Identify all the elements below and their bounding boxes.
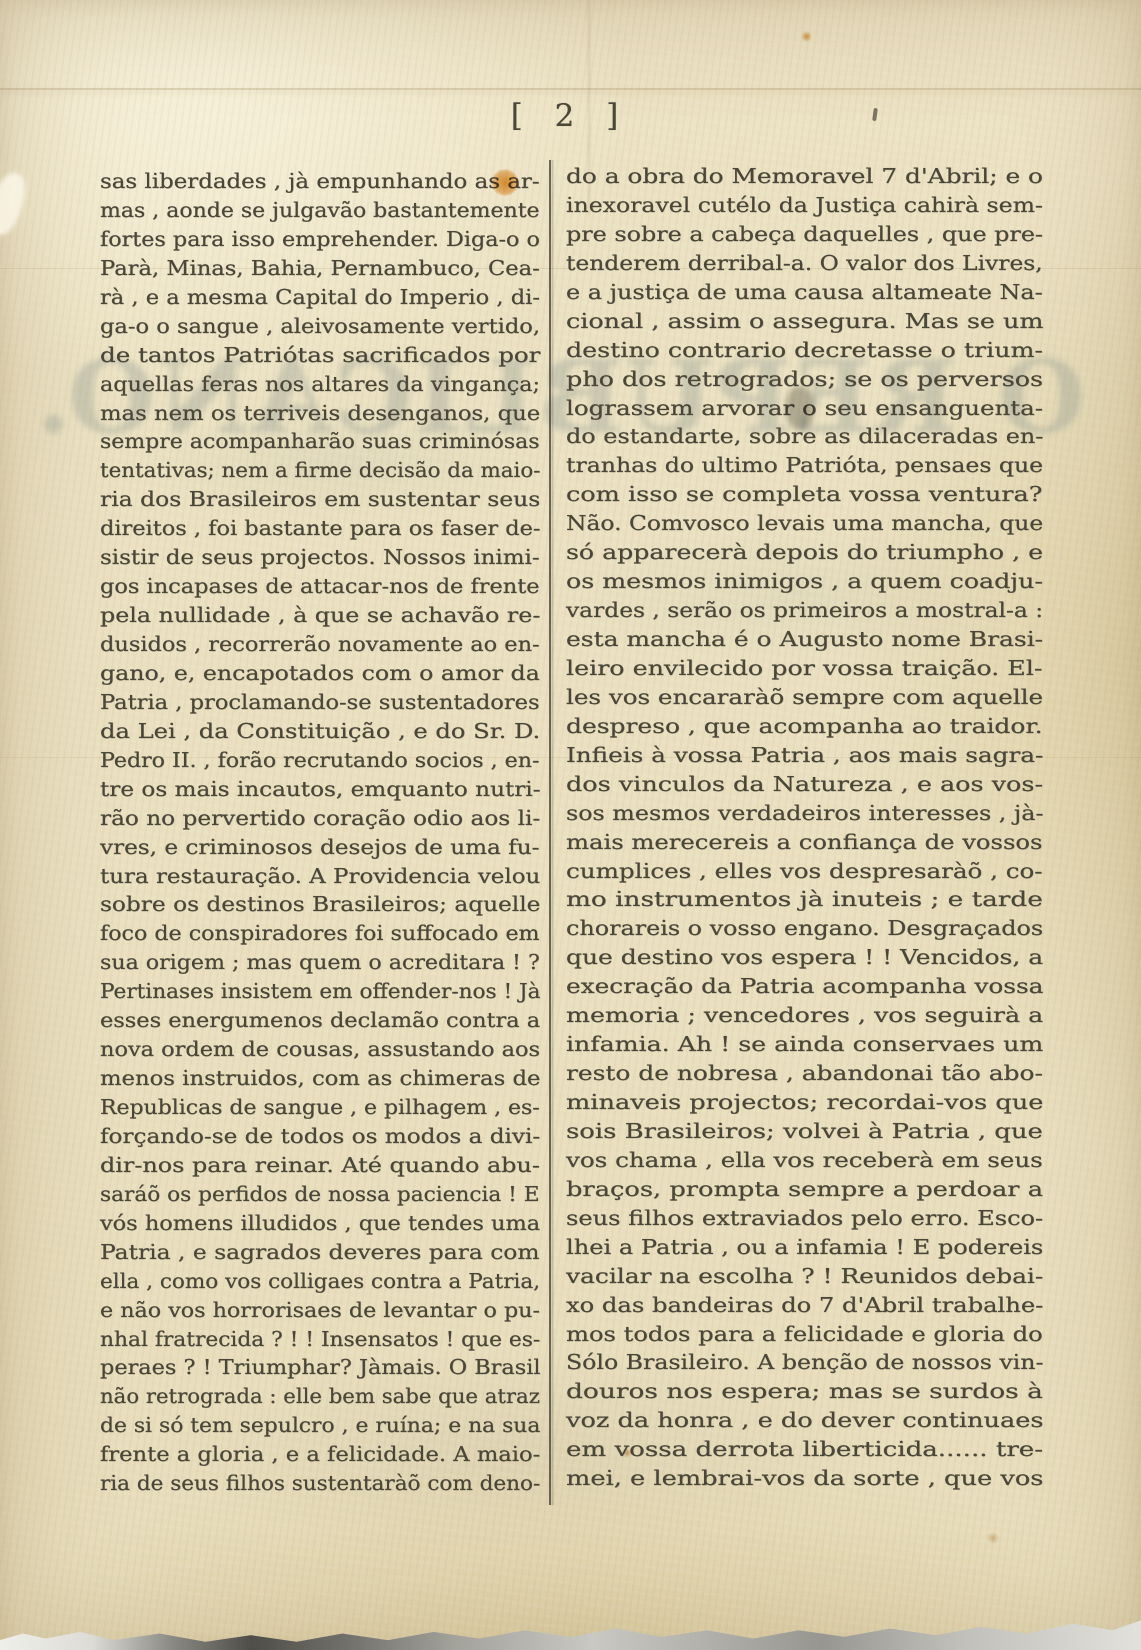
text-line: sobre os destinos Brasileiros; aquelle [100, 890, 540, 919]
text-line: chorareis o vosso engano. Desgraçados [566, 914, 1043, 943]
text-line: seus filhos extraviados pelo erro. Esco- [566, 1204, 1043, 1233]
text-line: aquellas feras nos altares da vingança; [100, 370, 540, 399]
text-line: esses energumenos declamão contra a [100, 1006, 540, 1035]
text-line: peraes ? ! Triumphar? Jàmais. O Brasil [100, 1353, 541, 1382]
text-line: e a justiça de uma causa altameate Na- [566, 278, 1043, 307]
text-line: sas liberdades , jà empunhando as ar- [100, 167, 540, 196]
text-line: em vossa derrota liberticida...... tre- [566, 1435, 1043, 1464]
text-line: rà , e a mesma Capital do Imperio , di- [100, 283, 540, 312]
text-line: despreso , que acompanha ao traidor. [566, 712, 1043, 741]
text-line: do estandarte, sobre as dilaceradas en- [566, 422, 1043, 451]
text-line: Parà, Minas, Bahia, Pernambuco, Cea- [100, 254, 540, 283]
text-line: rão no pervertido coração odio aos li- [100, 804, 540, 833]
text-line: esta mancha é o Augusto nome Brasi- [566, 625, 1043, 654]
text-line: infamia. Ah ! se ainda conservaes um [566, 1030, 1043, 1059]
text-line: xo das bandeiras do 7 d'Abril trabalhe- [566, 1291, 1043, 1320]
text-line: pho dos retrogrados; se os perversos [566, 365, 1043, 394]
text-line: pre sobre a cabeça daquelles , que pre- [566, 220, 1043, 249]
text-line: inexoravel cutélo da Justiça cahirà sem- [566, 191, 1043, 220]
text-line: Republicas de sangue , e pilhagem , es- [100, 1093, 540, 1122]
text-line: tura restauração. A Providencia velou [100, 862, 540, 891]
text-line: mo instrumentos jà inuteis ; e tarde [566, 885, 1043, 914]
text-line: e não vos horrorisaes de levantar o pu- [100, 1296, 540, 1325]
text-line: cumplices , elles vos despresaràõ , co- [566, 857, 1043, 886]
text-line: que destino vos espera ! ! Vencidos, a [566, 943, 1043, 972]
text-line: vos chama , ella vos receberà em seus [566, 1146, 1043, 1175]
text-line: nova ordem de cousas, assustando aos [100, 1035, 540, 1064]
text-line: gano, e, encapotados com o amor da [100, 659, 540, 688]
text-line: minaveis projectos; recordai-vos que [566, 1088, 1043, 1117]
text-line: só apparecerà depois do triumpho , e [566, 538, 1043, 567]
text-line: sistir de seus projectos. Nossos inimi- [100, 543, 540, 572]
text-line: não retrograda : elle bem sabe que atraz [100, 1382, 540, 1411]
text-line: ella , como vos colligaes contra a Patri… [100, 1267, 540, 1296]
text-line: braços, prompta sempre a perdoar a [566, 1175, 1043, 1204]
text-line: dos vinculos da Natureza , e aos vos- [566, 770, 1043, 799]
text-line: foco de conspiradores foi suffocado em [100, 919, 540, 948]
text-line: ria dos Brasileiros em sustentar seus [100, 485, 540, 514]
text-line: memoria ; vencedores , vos seguirà a [566, 1001, 1043, 1030]
text-line: dusidos , recorrerão novamente ao en- [100, 630, 540, 659]
text-line: com isso se completa vossa ventura? [566, 480, 1042, 509]
text-line: leiro envilecido por vossa traição. El- [566, 654, 1042, 683]
text-line: sempre acompanharão suas criminósas [100, 427, 540, 456]
text-line: sos mesmos verdadeiros interesses , jà- [566, 799, 1044, 828]
text-line: Patria , proclamando-se sustentadores [100, 688, 540, 717]
text-line: lhei a Patria , ou a infamia ! E poderei… [566, 1233, 1043, 1262]
text-line: frente a gloria , e a felicidade. A maio… [100, 1440, 540, 1469]
text-line: mos todos para a felicidade e gloria do [566, 1320, 1043, 1349]
left-text-column: sas liberdades , jà empunhando as ar-mas… [100, 167, 540, 1498]
text-line: tranhas do ultimo Patrióta, pensaes que [566, 451, 1043, 480]
text-line: sua origem ; mas quem o acreditara ! ? [100, 948, 540, 977]
text-line: vardes , serão os primeiros a mostral-a … [566, 596, 1043, 625]
page-number: [ 2 ] [465, 98, 675, 134]
text-line: de si só tem sepulcro , e ruína; e na su… [100, 1411, 540, 1440]
text-line: menos instruidos, com as chimeras de [100, 1064, 540, 1093]
text-line: de tantos Patriótas sacrificados por [100, 341, 540, 370]
text-line: vres, e criminosos desejos de uma fu- [100, 833, 539, 862]
text-line: os mesmos inimigos , a quem coadju- [566, 567, 1043, 596]
text-line: Patria , e sagrados deveres para com [100, 1238, 540, 1267]
text-line: mais merecereis a confiança de vossos [566, 828, 1043, 857]
text-line: resto de nobresa , abandonai tão abo- [566, 1059, 1043, 1088]
text-line: execração da Patria acompanha vossa [566, 972, 1043, 1001]
text-line: mas nem os terriveis desenganos, que [100, 399, 540, 428]
text-line: Não. Comvosco levais uma mancha, que [566, 509, 1043, 538]
text-line: Sólo Brasileiro. A benção de nossos vin- [566, 1348, 1043, 1377]
text-line: saráõ os perfidos de nossa paciencia ! E [100, 1180, 540, 1209]
text-line: direitos , foi bastante para os faser de… [100, 514, 540, 543]
text-line: gos incapases de attacar-nos de frente [100, 572, 540, 601]
text-line: vacilar na escolha ? ! Reunidos debai- [566, 1262, 1043, 1291]
text-line: Pedro II. , forão recrutando socios , en… [100, 746, 539, 775]
text-line: ga-o o sangue , aleivosamente vertido, [100, 312, 540, 341]
text-line: forçando-se de todos os modos a divi- [100, 1122, 540, 1151]
text-line: voz da honra , e do dever continuaes [566, 1406, 1044, 1435]
text-line: ria de seus filhos sustentaràõ com deno- [100, 1469, 540, 1498]
text-line: Infieis à vossa Patria , aos mais sagra- [566, 741, 1043, 770]
text-line: do a obra do Memoravel 7 d'Abril; e o [566, 162, 1043, 191]
right-text-column: do a obra do Memoravel 7 d'Abril; e oine… [566, 162, 1043, 1493]
text-line: pela nullidade , à que se achavão re- [100, 601, 540, 630]
text-line: tentativas; nem a firme decisão da maio- [100, 456, 540, 485]
text-line: destino contrario decretasse o trium- [566, 336, 1043, 365]
text-line: lograssem arvorar o seu ensanguenta- [566, 394, 1043, 423]
text-line: fortes para isso emprehender. Diga-o o [100, 225, 540, 254]
text-line: les vos encararàõ sempre com aquelle [566, 683, 1043, 712]
text-line: cional , assim o assegura. Mas se um [566, 307, 1043, 336]
text-line: tenderem derribal-a. O valor dos Livres, [566, 249, 1043, 278]
text-line: sois Brasileiros; volvei à Patria , que [566, 1117, 1043, 1146]
text-line: douros nos espera; mas se surdos à [566, 1377, 1043, 1406]
text-line: mei, e lembrai-vos da sorte , que vos [566, 1464, 1043, 1493]
text-line: da Lei , da Constituição , e do Sr. D. [100, 717, 540, 746]
text-line: tre os mais incautos, emquanto nutri- [100, 775, 541, 804]
text-line: nhal fratrecida ? ! ! Insensatos ! que e… [100, 1325, 540, 1354]
text-line: Pertinases insistem em offender-nos ! Jà [100, 977, 541, 1006]
text-line: dir-nos para reinar. Até quando abu- [100, 1151, 540, 1180]
text-line: vós homens illudidos , que tendes uma [100, 1209, 540, 1238]
column-divider-rule [549, 160, 551, 1505]
scanned-page: { "page": { "number_display": "[ 2 ]", "… [0, 0, 1141, 1650]
text-line: mas , aonde se julgavão bastantemente [100, 196, 540, 225]
